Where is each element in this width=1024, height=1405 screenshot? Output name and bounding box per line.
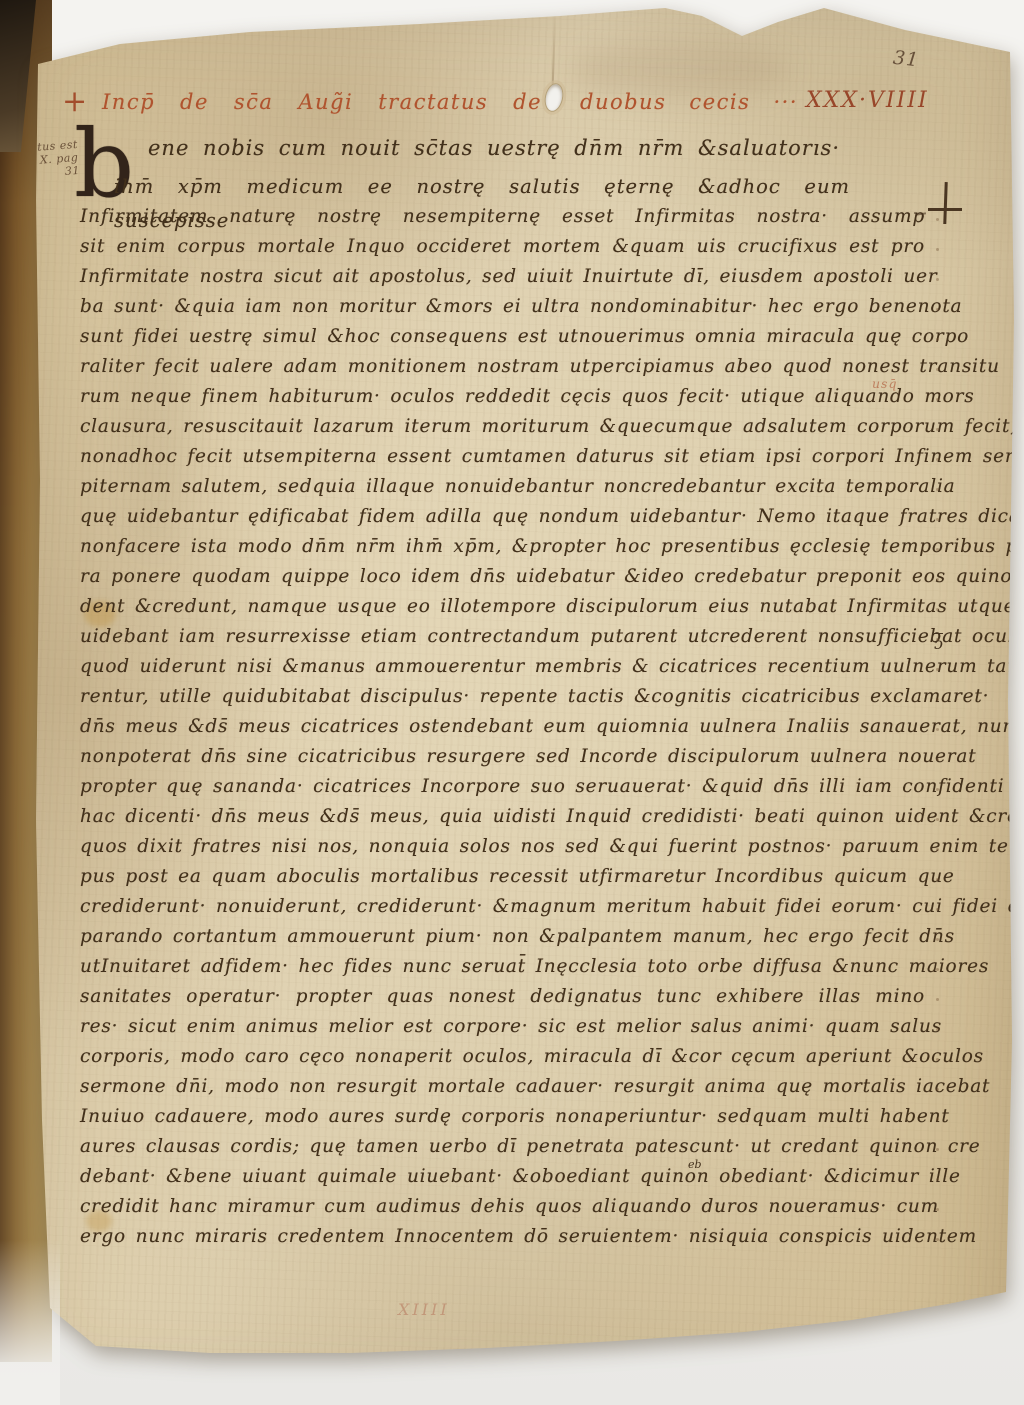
cross-horizontal-stroke [928,208,962,211]
opening-line-2: ihm̄ xp̄m medicum ee nostrę salutis ęter… [114,170,850,204]
text-line: clausura, resuscitauit lazarum iterum mo… [80,412,925,442]
text-line: Inuiuo cadauere, modo aures surdę corpor… [80,1102,925,1132]
quire-signature: XIIII [398,1300,450,1319]
cross-vertical-stroke [943,182,947,224]
left-margin-note: Editus est To. X. pag 31 [17,138,81,181]
ink-speck [11,916,15,920]
margin-cross-mark [916,182,964,230]
text-line: sanitates operatur· propter quas nonest … [80,982,925,1012]
text-line: quod uiderunt nisi &manus ammouerentur m… [80,652,925,682]
parchment-page: 31 + Incp̄ de sc̄a Aug̃i tractatus de du… [0,0,1024,1405]
rubric-title-part2: duobus cecis ··· [580,90,798,114]
parchment-crack [552,8,557,88]
opening-line-1: ene nobis cum nouit sc̄tas uestrę dn̄m n… [148,128,840,168]
text-line: debant· &bene uiuant quimale uiuebant· &… [80,1162,925,1192]
text-line: parando cortantum ammouerunt pium· non &… [80,922,925,952]
text-line: sermone dn̄i, modo non resurgit mortale … [80,1072,925,1102]
text-line: sunt fidei uestrę simul &hoc consequens … [80,322,925,352]
text-line: sit enim corpus mortale Inquo occideret … [80,232,925,262]
parchment-wrap: 31 + Incp̄ de sc̄a Aug̃i tractatus de du… [0,0,1024,1405]
folio-number: 31 [892,47,920,72]
text-line: res· sicut enim animus melior est corpor… [80,1012,925,1042]
gutter-fade [0,1240,60,1405]
text-line: propter quę sananda· cicatrices Incorpor… [80,772,925,802]
con-margin-mark: ɔ [934,634,943,653]
text-line: dn̄s meus &ds̄ meus cicatrices ostendeba… [80,712,925,742]
interlinear-correction: eb [688,1158,702,1171]
text-line: pus post ea quam aboculis mortalibus rec… [80,862,925,892]
ink-speck [9,868,13,872]
rubric-title-part1: Incp̄ de sc̄a Aug̃i tractatus de [102,90,542,114]
ink-speck [15,938,19,942]
text-line: corporis, modo caro cęco nonaperit oculo… [80,1042,925,1072]
text-line: dent &credunt, namque usque eo illotempo… [80,592,925,622]
text-line: Infirmitate nostra sicut ait apostolus, … [80,262,925,292]
text-line: crediderunt· nonuiderunt, crediderunt· &… [80,892,925,922]
text-line: nonadhoc fecit utsempiterna essent cumta… [80,442,925,472]
text-line: ba sunt· &quia iam non moritur &mors ei … [80,292,925,322]
text-line: rum neque finem habiturum· oculos redded… [80,382,925,412]
text-line: utInuitaret adfidem· hec fides nunc seru… [80,952,925,982]
text-line: hac dicenti· dn̄s meus &ds̄ meus, quia u… [80,802,925,832]
text-line: raliter fecit ualere adam monitionem nos… [80,352,925,382]
text-line: credidit hanc miramur cum audimus dehis … [80,1192,925,1222]
body-text: Infirmitatem naturę nostrę nesempiternę … [80,202,925,1252]
cross-tick [916,212,926,215]
ink-speck [13,893,17,897]
text-line: nonpoterat dn̄s sine cicatricibus resurg… [80,742,925,772]
text-line: ra ponere quodam quippe loco idem dn̄s u… [80,562,925,592]
text-line: Infirmitatem naturę nostrę nesempiternę … [80,202,925,232]
text-line: nonfacere ista modo dn̄m nr̄m ihm̄ xp̄m,… [80,532,925,562]
text-line: aures clausas cordis; quę tamen uerbo dī… [80,1132,925,1162]
text-line: ergo nunc miraris credentem Innocentem d… [80,1222,925,1252]
text-line: uidebant iam resurrexisse etiam contrect… [80,622,925,652]
manuscript-photo: 31 + Incp̄ de sc̄a Aug̃i tractatus de du… [0,0,1024,1405]
parchment-hole [542,81,566,113]
text-line: piternam salutem, sedquia illaque nonuid… [80,472,925,502]
text-line: quos dixit fratres nisi nos, nonquia sol… [80,832,925,862]
usque-margin-mark: usq̄ [872,376,897,391]
text-line: rentur, utille quidubitabat discipulus· … [80,682,925,712]
chapter-number: XXX·VIIII [806,88,929,113]
text-line: quę uidebantur ędificabat fidem adilla q… [80,502,925,532]
